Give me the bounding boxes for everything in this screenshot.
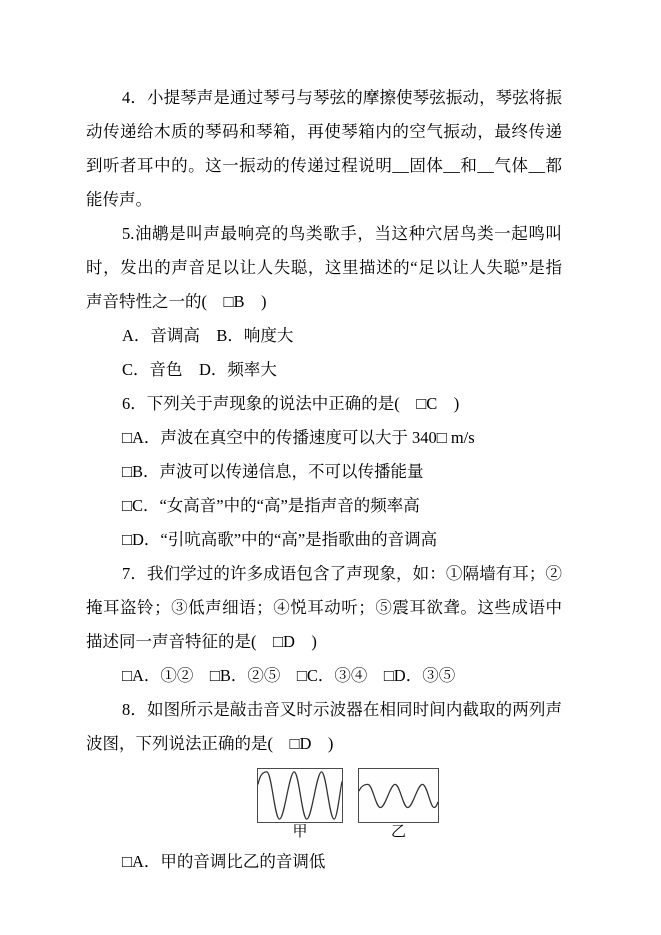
question-8-stem: 8．如图所示是敲击音叉时示波器在相同时间内截取的两列声波图，下列说法正确的是( … bbox=[86, 693, 562, 761]
waveform-jia-icon bbox=[258, 769, 342, 822]
question-7-options-line: □A．①② □B．②⑤ □C．③④ □D．③⑤ bbox=[86, 659, 562, 693]
waveform-jia-group: 甲 bbox=[257, 768, 343, 841]
question-4-stem: 4．小提琴声是通过琴弓与琴弦的摩擦使琴弦振动，琴弦将振动传递给木质的琴码和琴箱，… bbox=[86, 81, 562, 217]
question-5-options-line-1: A．音调高 B．响度大 bbox=[86, 319, 562, 353]
waveform-jia-label: 甲 bbox=[292, 823, 307, 841]
waveform-jia-chart bbox=[257, 768, 343, 823]
waveform-yi-icon bbox=[359, 769, 438, 822]
question-8-figure: 甲 乙 bbox=[257, 768, 562, 841]
question-5-stem: 5.油鹕是叫声最响亮的鸟类歌手，当这种穴居鸟类一起鸣叫时，发出的声音足以让人失聪… bbox=[86, 217, 562, 319]
question-6-option-b: □B．声波可以传递信息，不可以传播能量 bbox=[86, 455, 562, 489]
question-8-option-a: □A．甲的音调比乙的音调低 bbox=[86, 845, 562, 879]
waveform-yi-group: 乙 bbox=[358, 768, 439, 841]
question-6-option-a: □A．声波在真空中的传播速度可以大于 340□ m/s bbox=[86, 421, 562, 455]
waveform-yi-label: 乙 bbox=[391, 823, 406, 841]
waveform-yi-chart bbox=[358, 768, 439, 823]
question-6-option-d: □D．“引吭高歌”中的“高”是指歌曲的音调高 bbox=[86, 523, 562, 557]
question-6-stem: 6．下列关于声现象的说法中正确的是( □C ) bbox=[86, 387, 562, 421]
question-5-options-line-2: C．音色 D．频率大 bbox=[86, 353, 562, 387]
worksheet-page: 4．小提琴声是通过琴弓与琴弦的摩擦使琴弦振动，琴弦将振动传递给木质的琴码和琴箱，… bbox=[0, 0, 661, 935]
question-6-option-c: □C．“女高音”中的“高”是指声音的频率高 bbox=[86, 489, 562, 523]
question-7-stem: 7．我们学过的许多成语包含了声现象，如：①隔墙有耳；②掩耳盗铃；③低声细语；④悦… bbox=[86, 557, 562, 659]
